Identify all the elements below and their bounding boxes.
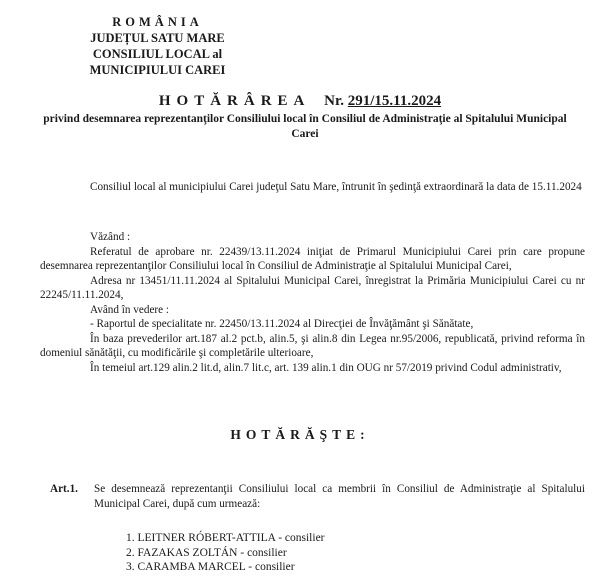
title-word: HOTĂRÂREA: [159, 93, 311, 109]
council-name: CONSILIUL LOCAL al: [0, 46, 300, 62]
article-1-text: Se desemnează reprezentanţii Consiliului…: [94, 482, 585, 511]
list-item: 2. FAZAKAS ZOLTÁN - consilier: [126, 546, 325, 561]
vazand-label: Văzând :: [40, 230, 585, 245]
article-1-label: Art.1.: [50, 482, 78, 497]
legal-grounds-paragraph: În temeiul art.129 alin.2 lit.d, alin.7 …: [40, 361, 585, 376]
issuing-authority-header: ROMÂNIA JUDEȚUL SATU MARE CONSILIUL LOCA…: [0, 14, 300, 78]
avand-label: Având în vedere :: [40, 303, 585, 318]
intro-text: Consiliul local al municipiului Carei ju…: [40, 180, 585, 195]
county-name: JUDEȚUL SATU MARE: [0, 30, 300, 46]
document-title: HOTĂRÂREA Nr. 291/15.11.2024: [0, 93, 600, 110]
decision-number: 291/15.11.2024: [348, 93, 441, 109]
document-subtitle: privind desemnarea reprezentanţilor Cons…: [40, 112, 570, 142]
intro-paragraph: Consiliul local al municipiului Carei ju…: [40, 180, 585, 195]
article-1: Art.1. Se desemnează reprezentanţii Cons…: [50, 482, 585, 511]
considerations-section: Văzând : Referatul de aprobare nr. 22439…: [40, 230, 585, 375]
referat-paragraph: Referatul de aprobare nr. 22439/13.11.20…: [40, 245, 585, 274]
list-item: 3. CARAMBA MARCEL - consilier: [126, 560, 325, 575]
raport-paragraph: - Raportul de specialitate nr. 22450/13.…: [40, 317, 585, 332]
country-name: ROMÂNIA: [0, 14, 300, 30]
adresa-paragraph: Adresa nr 13451/11.11.2024 al Spitalului…: [40, 274, 585, 303]
members-list: 1. LEITNER RÓBERT-ATTILA - consilier 2. …: [126, 531, 325, 575]
decides-heading: HOTĂRĂŞTE:: [0, 427, 600, 443]
municipality-name: MUNICIPIULUI CAREI: [0, 62, 300, 78]
list-item: 1. LEITNER RÓBERT-ATTILA - consilier: [126, 531, 325, 546]
legal-basis-paragraph: În baza prevederilor art.187 al.2 pct.b,…: [40, 332, 585, 361]
title-nr-label: Nr.: [324, 93, 344, 109]
